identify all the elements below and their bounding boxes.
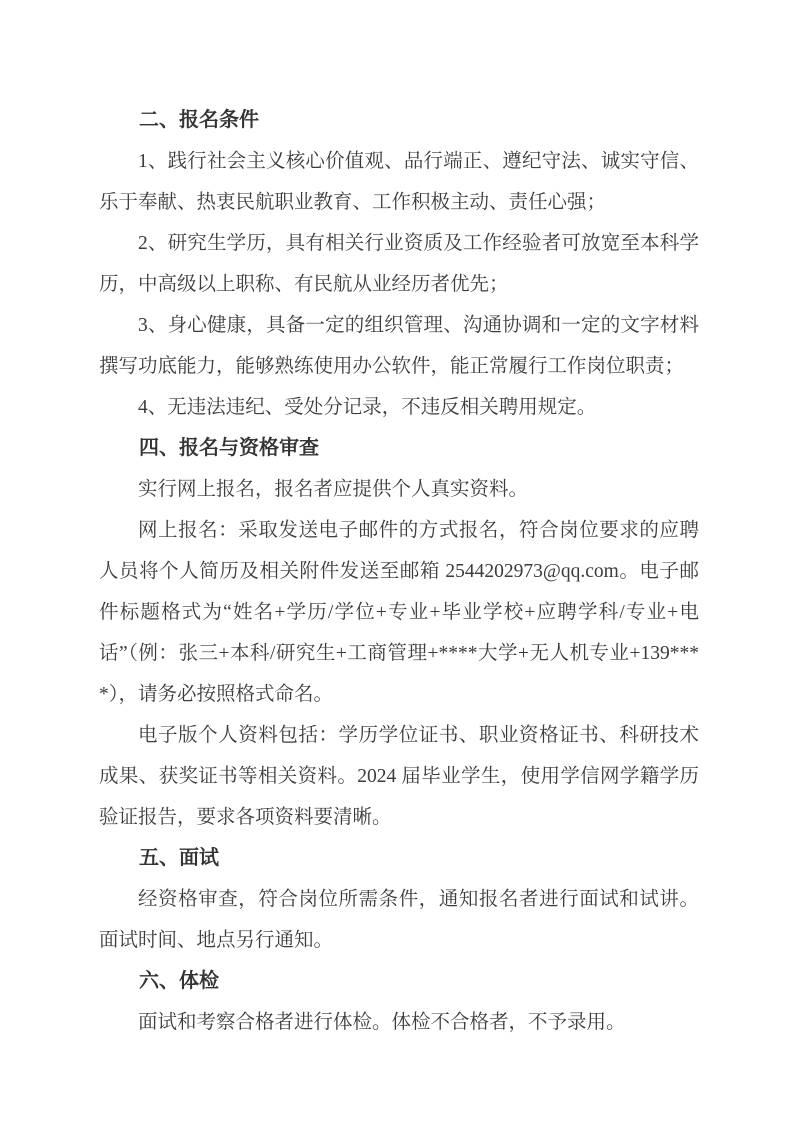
document-content: 二、报名条件 1、践行社会主义核心价值观、品行端正、遵纪守法、诚实守信、乐于奉献… — [99, 100, 699, 1043]
section-heading-interview: 五、面试 — [99, 838, 699, 879]
section-heading-application-conditions: 二、报名条件 — [99, 100, 699, 141]
section-heading-registration-review: 四、报名与资格审查 — [99, 428, 699, 469]
paragraph: 电子版个人资料包括：学历学位证书、职业资格证书、科研技术成果、获奖证书等相关资料… — [99, 715, 699, 838]
paragraph: 1、践行社会主义核心价值观、品行端正、遵纪守法、诚实守信、乐于奉献、热衷民航职业… — [99, 141, 699, 223]
paragraph: 2、研究生学历，具有相关行业资质及工作经验者可放宽至本科学历，中高级以上职称、有… — [99, 223, 699, 305]
paragraph: 3、身心健康，具备一定的组织管理、沟通协调和一定的文字材料撰写功底能力，能够熟练… — [99, 305, 699, 387]
paragraph: 经资格审查，符合岗位所需条件，通知报名者进行面试和试讲。面试时间、地点另行通知。 — [99, 879, 699, 961]
paragraph: 面试和考察合格者进行体检。体检不合格者，不予录用。 — [99, 1002, 699, 1043]
paragraph-with-email: 网上报名：采取发送电子邮件的方式报名，符合岗位要求的应聘人员将个人简历及相关附件… — [99, 510, 699, 715]
paragraph: 4、无违法违纪、受处分记录，不违反相关聘用规定。 — [99, 387, 699, 428]
section-heading-physical-exam: 六、体检 — [99, 961, 699, 1002]
paragraph: 实行网上报名，报名者应提供个人真实资料。 — [99, 469, 699, 510]
document-page: 二、报名条件 1、践行社会主义核心价值观、品行端正、遵纪守法、诚实守信、乐于奉献… — [0, 0, 793, 1122]
